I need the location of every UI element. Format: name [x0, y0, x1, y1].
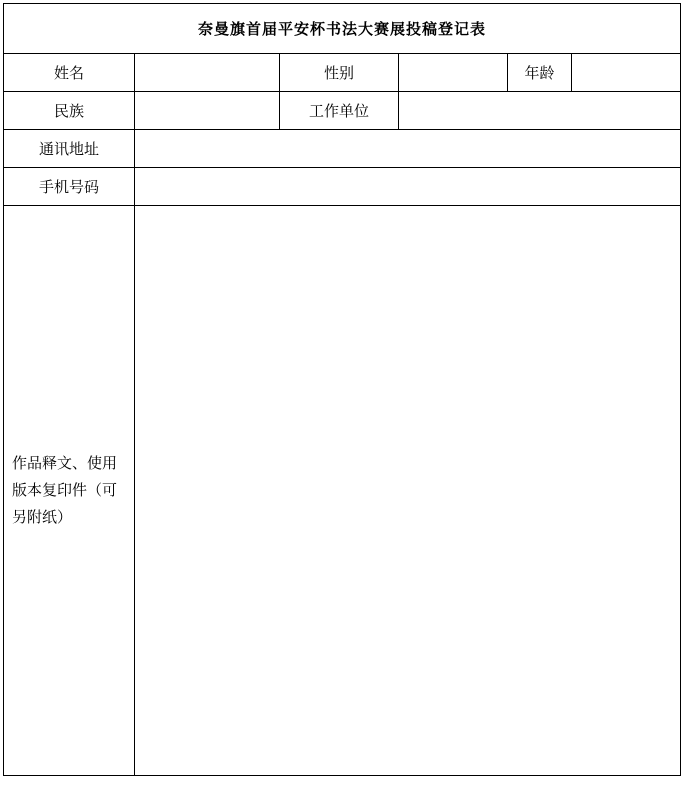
address-label: 通讯地址	[4, 130, 135, 168]
phone-label: 手机号码	[4, 168, 135, 206]
work-text-label: 作品释文、使用版本复印件（可另附纸）	[4, 206, 135, 776]
ethnicity-field[interactable]	[135, 92, 280, 130]
name-field[interactable]	[135, 54, 280, 92]
registration-form-table: 奈曼旗首届平安杯书法大赛展投稿登记表 姓名 性别 年龄 民族 工作单位 通讯地址…	[3, 3, 681, 776]
work-text-field[interactable]	[135, 206, 681, 776]
form-title: 奈曼旗首届平安杯书法大赛展投稿登记表	[4, 4, 681, 54]
age-label: 年龄	[508, 54, 572, 92]
age-field[interactable]	[572, 54, 681, 92]
work-text-row: 作品释文、使用版本复印件（可另附纸）	[4, 206, 681, 776]
title-row: 奈曼旗首届平安杯书法大赛展投稿登记表	[4, 4, 681, 54]
ethnicity-label: 民族	[4, 92, 135, 130]
address-row: 通讯地址	[4, 130, 681, 168]
address-field[interactable]	[135, 130, 681, 168]
workplace-label: 工作单位	[280, 92, 399, 130]
phone-row: 手机号码	[4, 168, 681, 206]
ethnicity-row: 民族 工作单位	[4, 92, 681, 130]
gender-label: 性别	[280, 54, 399, 92]
phone-field[interactable]	[135, 168, 681, 206]
gender-field[interactable]	[399, 54, 508, 92]
name-label: 姓名	[4, 54, 135, 92]
name-row: 姓名 性别 年龄	[4, 54, 681, 92]
workplace-field[interactable]	[399, 92, 681, 130]
